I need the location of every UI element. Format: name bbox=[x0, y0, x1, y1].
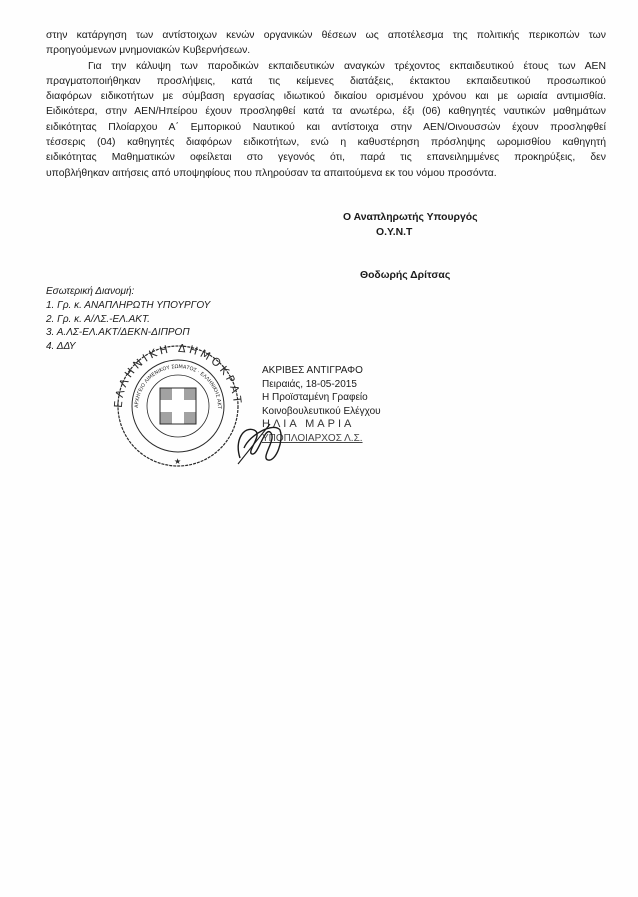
distribution-heading: Εσωτερική Διανομή: bbox=[46, 285, 210, 299]
document-body: στην κατάργηση των αντίστοιχων κενών οργ… bbox=[46, 28, 606, 181]
text-line: Για την κάλυψη των παροδικών εκπαιδευτικ… bbox=[46, 59, 606, 74]
certified-copy-department: Κοινοβουλευτικού Ελέγχου bbox=[262, 405, 381, 419]
text-line: στην κατάργηση των αντίστοιχων κενών οργ… bbox=[46, 28, 606, 43]
distribution-item: 3. Α.ΛΣ-ΕΛ.ΑΚΤ/ΔΕΚΝ-ΔΙΠΡΟΠ bbox=[46, 326, 210, 340]
handwritten-signature-icon bbox=[230, 420, 290, 470]
text-line: πραγματοποιήθηκαν προσλήψεις, κατά τις κ… bbox=[46, 74, 606, 89]
text-line: υποβλήθηκαν αιτήσεις από υποψηφίους που … bbox=[46, 166, 606, 181]
cross-emblem-icon bbox=[160, 388, 196, 424]
signatory-name: Θοδωρής Δρίτσας bbox=[360, 270, 450, 281]
certified-copy-heading: ΑΚΡΙΒΕΣ ΑΝΤΙΓΡΑΦΟ bbox=[262, 364, 381, 378]
distribution-item: 1. Γρ. κ. ΑΝΑΠΛΗΡΩΤΗ ΥΠΟΥΡΓΟΥ bbox=[46, 299, 210, 313]
paragraph-1: στην κατάργηση των αντίστοιχων κενών οργ… bbox=[46, 28, 606, 59]
text-line: ειδικότητας Πλοίαρχου Α΄ Εμπορικού Ναυτι… bbox=[46, 120, 606, 135]
text-line: ειδικότητας Μαθηματικών οφείλεται στο γε… bbox=[46, 150, 606, 165]
signatory-title: Ο Αναπληρωτής Υπουργός bbox=[343, 212, 478, 223]
text-line: διαφόρων ειδικοτήτων με σύμβαση εργασίας… bbox=[46, 89, 606, 104]
text-line: τέσσερις (04) καθηγητές διαφόρων ειδικοτ… bbox=[46, 135, 606, 150]
text-line: Ειδικότερα, στην ΑΕΝ/Ηπείρου έχουν προσλ… bbox=[46, 104, 606, 119]
distribution-item: 2. Γρ. κ. Α/ΛΣ.-ΕΛ.ΑΚΤ. bbox=[46, 313, 210, 327]
star-icon: ★ bbox=[174, 457, 181, 466]
paragraph-2: Για την κάλυψη των παροδικών εκπαιδευτικ… bbox=[46, 59, 606, 181]
certified-copy-place-date: Πειραιάς, 18-05-2015 bbox=[262, 378, 381, 392]
certified-copy-office: Η Προϊσταμένη Γραφείο bbox=[262, 391, 381, 405]
document-page: στην κατάργηση των αντίστοιχων κενών οργ… bbox=[0, 0, 638, 897]
signatory-organization: Ο.Υ.Ν.Τ bbox=[376, 227, 412, 238]
text-line: προηγούμενων μνημονιακών Κυβερνήσεων. bbox=[46, 43, 606, 58]
